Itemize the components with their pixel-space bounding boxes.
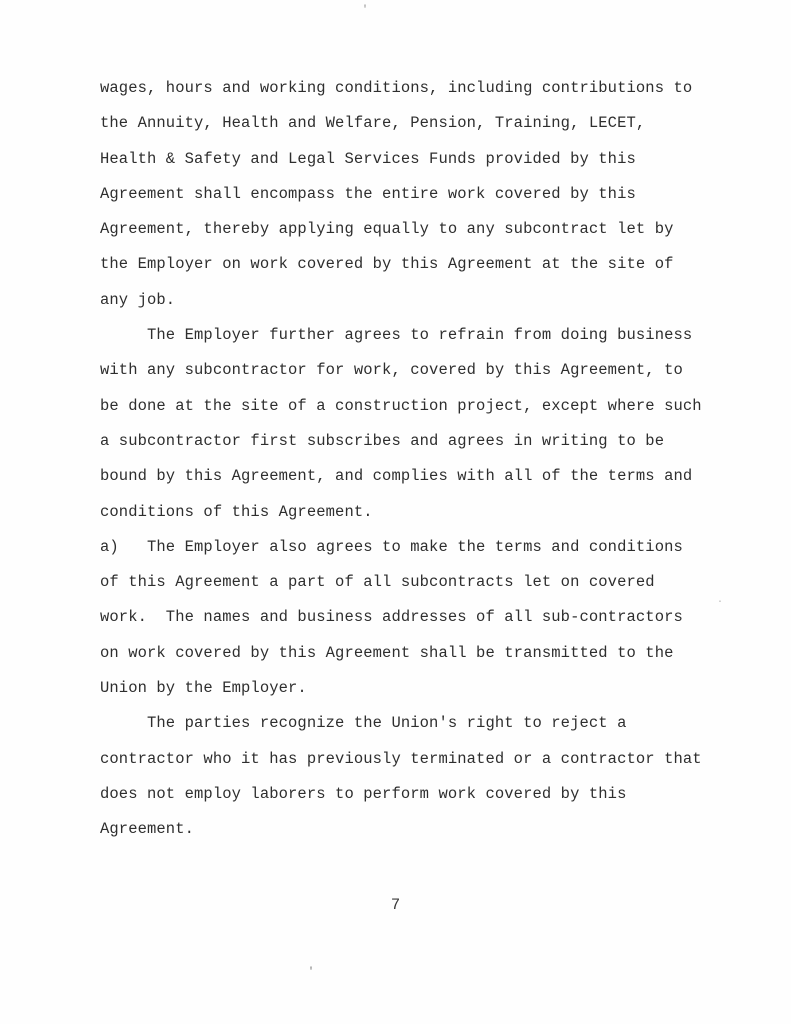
paragraph: wages, hours and working conditions, inc… — [100, 71, 740, 318]
document-line: The parties recognize the Union's right … — [100, 706, 740, 741]
document-line: the Annuity, Health and Welfare, Pension… — [100, 106, 740, 141]
document-line: contractor who it has previously termina… — [100, 742, 740, 777]
paragraph: a) The Employer also agrees to make the … — [100, 530, 740, 706]
document-line: be done at the site of a construction pr… — [100, 389, 740, 424]
document-line: a) The Employer also agrees to make the … — [100, 530, 740, 565]
document-line: does not employ laborers to perform work… — [100, 777, 740, 812]
document-line: Agreement shall encompass the entire wor… — [100, 177, 740, 212]
document-line: Health & Safety and Legal Services Funds… — [100, 142, 740, 177]
document-line: Agreement, thereby applying equally to a… — [100, 212, 740, 247]
document-line: any job. — [100, 283, 740, 318]
document-line: of this Agreement a part of all subcontr… — [100, 565, 740, 600]
document-line: conditions of this Agreement. — [100, 495, 740, 530]
document-line: Agreement. — [100, 812, 740, 847]
document-line: a subcontractor first subscribes and agr… — [100, 424, 740, 459]
document-line: wages, hours and working conditions, inc… — [100, 71, 740, 106]
document-line: work. The names and business addresses o… — [100, 600, 740, 635]
scanned-document-page: ' · ' wages, hours and working condition… — [0, 0, 791, 1024]
document-body: wages, hours and working conditions, inc… — [100, 71, 740, 848]
page-number: 7 — [0, 896, 791, 914]
document-line: on work covered by this Agreement shall … — [100, 636, 740, 671]
document-line: the Employer on work covered by this Agr… — [100, 247, 740, 282]
document-line: The Employer further agrees to refrain f… — [100, 318, 740, 353]
paragraph: The Employer further agrees to refrain f… — [100, 318, 740, 530]
paragraph: The parties recognize the Union's right … — [100, 706, 740, 847]
scan-artifact: ' — [362, 6, 368, 16]
scan-artifact: ' — [308, 968, 314, 978]
document-line: Union by the Employer. — [100, 671, 740, 706]
document-line: with any subcontractor for work, covered… — [100, 353, 740, 388]
document-line: bound by this Agreement, and complies wi… — [100, 459, 740, 494]
